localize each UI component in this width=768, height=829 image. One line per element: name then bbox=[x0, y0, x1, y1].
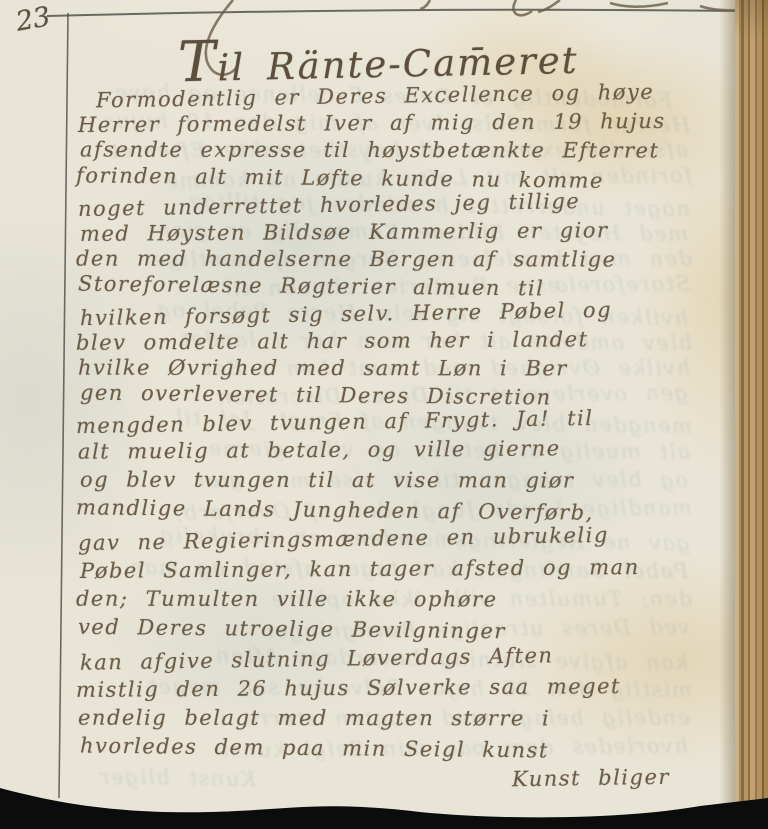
book-fore-edge bbox=[735, 0, 768, 829]
page-number: 23 bbox=[14, 1, 53, 37]
manuscript-line: Herrer formedelst Iver af mig den 19 huj… bbox=[78, 109, 666, 137]
manuscript-line: den; Tumulten ville ikke ophøre bbox=[76, 587, 498, 612]
manuscript-line: gen overleveret til Deres Discretion bbox=[80, 381, 552, 410]
manuscript-line: hvilke Øvrighed med samt Løn i Ber bbox=[78, 356, 568, 381]
manuscript-page-scan: Formodentlig er Deres Excellence og høye… bbox=[0, 0, 768, 829]
manuscript-line: Pøbel Samlinger, kan tager afsted og man bbox=[80, 555, 640, 583]
gutter-shadow bbox=[719, 0, 735, 829]
manuscript-line: Kunst bliger bbox=[512, 765, 670, 791]
manuscript-line: mengden blev tvungen af Frygt. Ja! til bbox=[76, 406, 594, 438]
manuscript-line: og blev tvungen til at vise man giør bbox=[80, 467, 574, 492]
manuscript-line: noget underrettet hvorledes jeg tillige bbox=[78, 189, 581, 221]
manuscript-line: alt muelig at betale, og ville gierne bbox=[78, 436, 561, 463]
manuscript-line: mistlig den 26 hujus Sølverke saa meget bbox=[76, 674, 621, 702]
manuscript-line: gav ne Regieringsmændene en ubrukelig bbox=[78, 523, 609, 555]
manuscript-line: afsendte expresse til høystbetænkte Efte… bbox=[80, 138, 659, 163]
manuscript-line: med Høysten Bildsøe Kammerlig er gior bbox=[80, 218, 609, 246]
manuscript-line: Storeforelæsne Røgterier almuen til bbox=[78, 272, 545, 301]
manuscript-line: mandlige Lands Jungheden af Overførb, bbox=[76, 495, 594, 524]
manuscript-line: blev omdelte alt har som her i landet bbox=[76, 327, 589, 355]
manuscript-line: kan afgive slutning Løverdags Aften bbox=[80, 643, 554, 674]
manuscript-line: hvorledes dem paa min Seigl kunst bbox=[80, 734, 549, 763]
manuscript-line: den med handelserne Bergen af samtlige bbox=[76, 247, 616, 272]
manuscript-line: ved Deres utroelige Bevilgninger bbox=[78, 615, 506, 643]
manuscript-text-layer: 23 Til Ränte-Cam̄eret Formodentlig er De… bbox=[0, 0, 768, 829]
manuscript-line: forinden alt mit Løfte kunde nu komme bbox=[76, 163, 604, 193]
manuscript-line: endelig belagt med magten større i bbox=[78, 706, 550, 731]
manuscript-line: hvilken forsøgt sig selv. Herre Pøbel og bbox=[80, 297, 612, 329]
